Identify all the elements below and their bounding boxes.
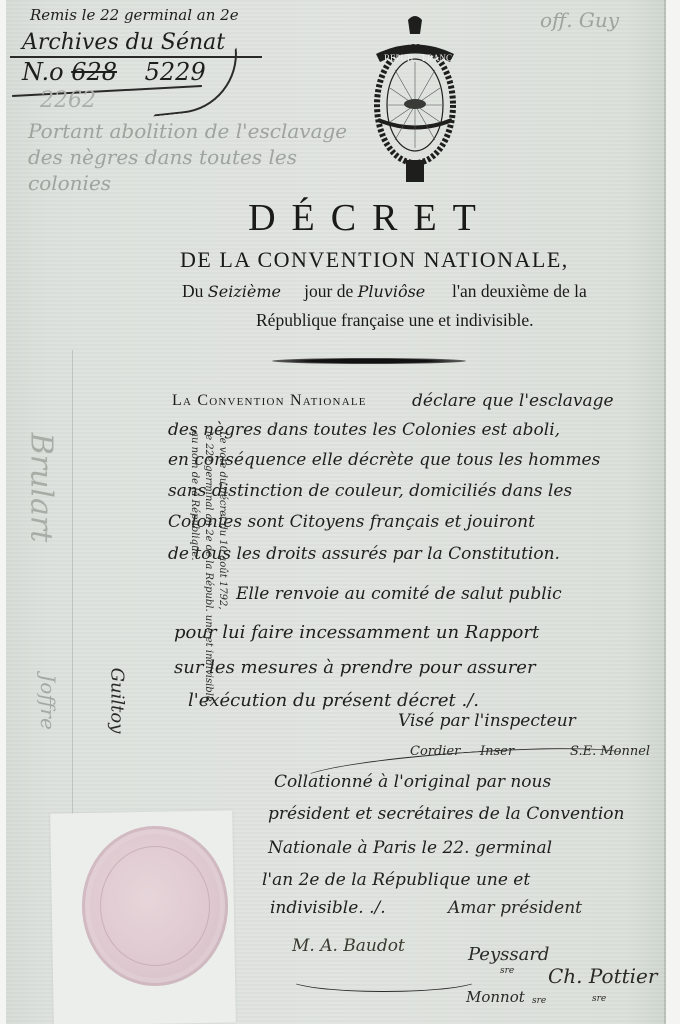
margin-line (72, 350, 73, 830)
margin-note-line: Le vote du décret du 10 août 1792, (215, 431, 229, 731)
margin-pencil-signature: Brulart (23, 433, 58, 543)
margin-note: Le vote du décret du 10 août 1792, le 22… (187, 431, 229, 731)
signature-monnot: Monnot (466, 988, 525, 1006)
ornamental-rule (272, 358, 466, 364)
signature-peyssard-title: sre (500, 966, 514, 976)
page-title: DÉCRET (0, 196, 680, 240)
date-middle: jour de (304, 281, 353, 301)
signature-monnot-title: sre (532, 996, 546, 1006)
signature-amar: Amar président (448, 898, 582, 918)
month-handwritten: Pluviôse (358, 282, 448, 301)
margin-signature-pencil: Joffre (36, 674, 60, 730)
body-line: Elle renvoie au comité de salut public (236, 584, 562, 604)
republic-line: République française une et indivisible. (256, 310, 534, 331)
note-remis: Remis le 22 germinal an 2e (30, 6, 239, 24)
collation-line: Collationné à l'original par nous (274, 772, 551, 792)
body-line: déclare que l'esclavage (412, 391, 614, 411)
republic-emblem-icon: REPUB FRANC (360, 10, 470, 190)
pencil-note: Portant abolition de l'esclavage des nèg… (28, 118, 358, 196)
collation-line: indivisible. ./. (270, 898, 386, 918)
margin-note-line: le 22e germinal an 2e de la Républ. une … (201, 431, 215, 731)
signature-peyssard: Peyssard (468, 944, 549, 965)
collation-line: l'an 2e de la République une et (262, 870, 530, 890)
seal-rim (100, 846, 210, 966)
verification-note: Visé par l'inspecteur (398, 711, 576, 731)
collation-line: président et secrétaires de la Conventio… (268, 804, 624, 824)
signature-baudot: M. A. Baudot (292, 936, 405, 956)
signature-pottier-title: sre (592, 994, 606, 1004)
signature-pottier: Ch. Pottier (548, 964, 657, 988)
number-struck: 628 (71, 58, 117, 86)
note-old-number: 2262 (40, 88, 96, 113)
dateline: Du Seizième jour de Pluviôse l'an deuxiè… (182, 281, 587, 302)
body-lead: La Convention Nationale (172, 392, 367, 410)
date-prefix: Du (182, 281, 203, 301)
body-line: en conséquence elle décrète que tous les… (168, 450, 600, 470)
day-handwritten: Seizième (208, 282, 300, 301)
margin-signature-ink: Guiltoy (106, 668, 127, 734)
svg-text:FRANC: FRANC (422, 53, 452, 63)
margin-note-line: au nom de la République. (187, 431, 201, 731)
flourish (288, 966, 480, 992)
collation-line: Nationale à Paris le 22. germinal (268, 838, 552, 858)
note-top-right: off. Guy (540, 8, 619, 32)
number-label: N.o (22, 58, 64, 86)
body-line: l'exécution du présent décret ./. (188, 690, 479, 711)
subtitle: DE LA CONVENTION NATIONALE, (180, 247, 569, 273)
date-suffix: l'an deuxième de la (452, 281, 587, 301)
svg-text:REPUB: REPUB (384, 53, 413, 63)
